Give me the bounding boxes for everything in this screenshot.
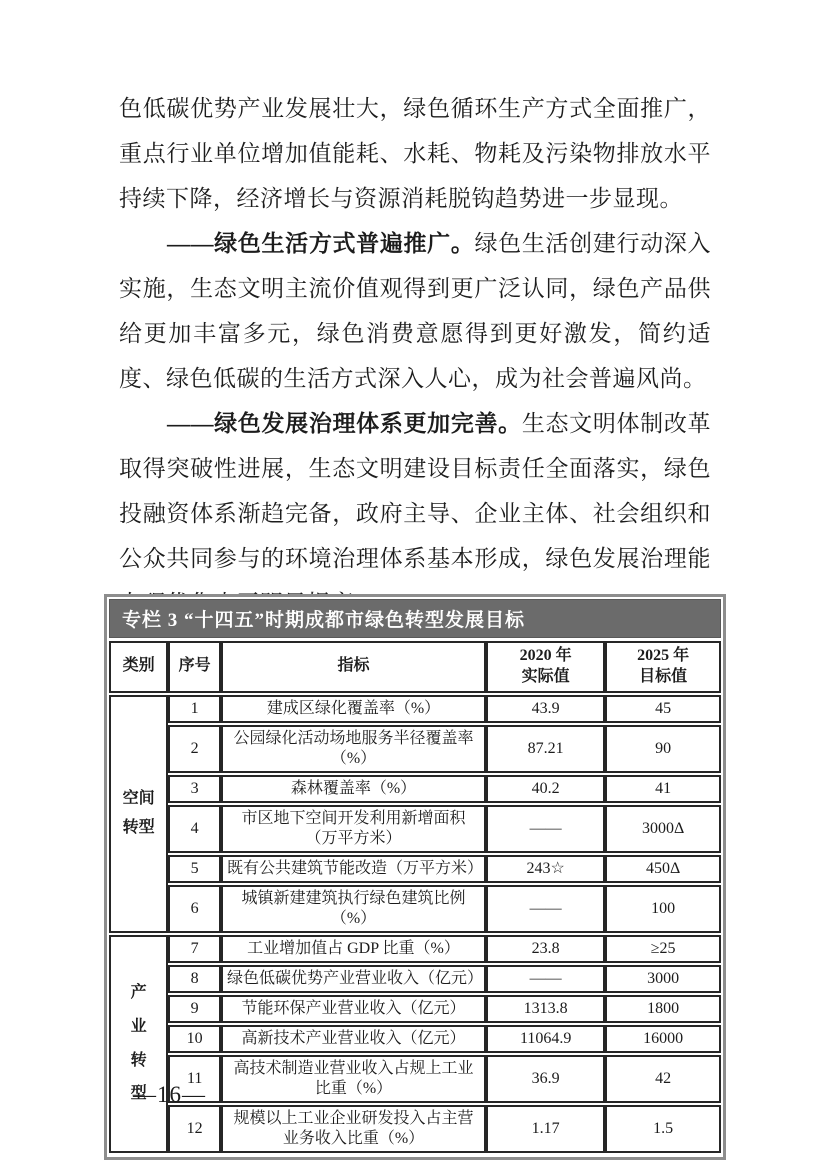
paragraph-text: 生态文明体制改革取得突破性进展，生态文明建设目标责任全面落实，绿色投融资体系渐趋…: [119, 411, 711, 616]
cell-2020-value: ——: [486, 885, 605, 933]
table-row: 3 森林覆盖率（%） 40.2 41: [109, 775, 721, 803]
table-row: 空间转型 1 建成区绿化覆盖率（%） 43.9 45: [109, 695, 721, 723]
cell-2020-value: 11064.9: [486, 1025, 605, 1053]
cell-indicator: 节能环保产业营业收入（亿元）: [221, 995, 486, 1023]
paragraph-lead: ——绿色生活方式普遍推广。: [167, 231, 475, 256]
category-label: 空间转型: [119, 785, 157, 843]
col-header-2020: 2020 年实际值: [486, 641, 605, 693]
cell-index: 12: [168, 1105, 221, 1153]
col-header-2025: 2025 年目标值: [605, 641, 721, 693]
goals-table: 类别 序号 指标 2020 年实际值 2025 年目标值 空间转型 1 建成区绿…: [109, 639, 721, 1155]
table-row: 10 高新技术产业营业收入（亿元） 11064.9 16000: [109, 1025, 721, 1053]
col-header-2025-line1: 2025 年: [637, 647, 689, 664]
paragraph-green-governance: ——绿色发展治理体系更加完善。生态文明体制改革取得突破性进展，生态文明建设目标责…: [119, 401, 711, 626]
cell-index: 3: [168, 775, 221, 803]
col-header-2020-line1: 2020 年: [520, 647, 572, 664]
table-row: 8 绿色低碳优势产业营业收入（亿元） —— 3000: [109, 965, 721, 993]
cell-2020-value: ——: [486, 805, 605, 853]
table-header-row: 类别 序号 指标 2020 年实际值 2025 年目标值: [109, 641, 721, 693]
cell-2025-value: 90: [605, 725, 721, 773]
cell-2020-value: 36.9: [486, 1055, 605, 1103]
col-header-indicator: 指标: [221, 641, 486, 693]
cell-2025-value: 100: [605, 885, 721, 933]
panel-title: 专栏 3 “十四五”时期成都市绿色转型发展目标: [109, 599, 721, 638]
cell-index: 1: [168, 695, 221, 723]
cell-2025-value: 42: [605, 1055, 721, 1103]
cell-indicator: 公园绿化活动场地服务半径覆盖率（%）: [221, 725, 486, 773]
cell-index: 7: [168, 935, 221, 963]
cell-2020-value: 243☆: [486, 855, 605, 883]
table-row: 产业转型 7 工业增加值占 GDP 比重（%） 23.8 ≥25: [109, 935, 721, 963]
page-number: —16—: [133, 1082, 206, 1108]
cell-2025-value: 1.5: [605, 1105, 721, 1153]
cell-index: 10: [168, 1025, 221, 1053]
cell-indicator: 城镇新建建筑执行绿色建筑比例（%）: [221, 885, 486, 933]
col-header-index: 序号: [168, 641, 221, 693]
col-header-2025-line2: 目标值: [639, 668, 687, 685]
table-row: 6 城镇新建建筑执行绿色建筑比例（%） —— 100: [109, 885, 721, 933]
col-header-2020-line2: 实际值: [522, 668, 570, 685]
category-cell-industry: 产业转型: [109, 935, 168, 1153]
document-page: 色低碳优势产业发展壮大，绿色循环生产方式全面推广，重点行业单位增加值能耗、水耗、…: [0, 0, 827, 1170]
cell-2025-value: 3000: [605, 965, 721, 993]
cell-index: 6: [168, 885, 221, 933]
cell-2020-value: 43.9: [486, 695, 605, 723]
table-row: 12 规模以上工业企业研发投入占主营业务收入比重（%） 1.17 1.5: [109, 1105, 721, 1153]
table-row: 4 市区地下空间开发利用新增面积（万平方米） —— 3000Δ: [109, 805, 721, 853]
cell-2025-value: 16000: [605, 1025, 721, 1053]
category-cell-space: 空间转型: [109, 695, 168, 933]
paragraph-text: 色低碳优势产业发展壮大，绿色循环生产方式全面推广，重点行业单位增加值能耗、水耗、…: [119, 96, 711, 211]
cell-index: 2: [168, 725, 221, 773]
cell-index: 8: [168, 965, 221, 993]
paragraph-lead: ——绿色发展治理体系更加完善。: [167, 411, 522, 436]
cell-indicator: 既有公共建筑节能改造（万平方米）: [221, 855, 486, 883]
table-row: 5 既有公共建筑节能改造（万平方米） 243☆ 450Δ: [109, 855, 721, 883]
cell-indicator: 建成区绿化覆盖率（%）: [221, 695, 486, 723]
col-header-category: 类别: [109, 641, 168, 693]
cell-2020-value: 1.17: [486, 1105, 605, 1153]
cell-indicator: 高技术制造业营业收入占规上工业比重（%）: [221, 1055, 486, 1103]
cell-2025-value: ≥25: [605, 935, 721, 963]
table-row: 2 公园绿化活动场地服务半径覆盖率（%） 87.21 90: [109, 725, 721, 773]
cell-2020-value: ——: [486, 965, 605, 993]
cell-indicator: 高新技术产业营业收入（亿元）: [221, 1025, 486, 1053]
cell-indicator: 市区地下空间开发利用新增面积（万平方米）: [221, 805, 486, 853]
table-row: 9 节能环保产业营业收入（亿元） 1313.8 1800: [109, 995, 721, 1023]
cell-2025-value: 45: [605, 695, 721, 723]
cell-2020-value: 40.2: [486, 775, 605, 803]
cell-2025-value: 3000Δ: [605, 805, 721, 853]
cell-index: 4: [168, 805, 221, 853]
cell-2025-value: 450Δ: [605, 855, 721, 883]
column-box-3-panel: 专栏 3 “十四五”时期成都市绿色转型发展目标 类别 序号 指标 2020 年实…: [104, 594, 726, 1160]
cell-2020-value: 1313.8: [486, 995, 605, 1023]
paragraph-green-production: 色低碳优势产业发展壮大，绿色循环生产方式全面推广，重点行业单位增加值能耗、水耗、…: [119, 86, 711, 221]
cell-indicator: 绿色低碳优势产业营业收入（亿元）: [221, 965, 486, 993]
cell-2025-value: 1800: [605, 995, 721, 1023]
cell-indicator: 规模以上工业企业研发投入占主营业务收入比重（%）: [221, 1105, 486, 1153]
cell-2020-value: 87.21: [486, 725, 605, 773]
cell-indicator: 工业增加值占 GDP 比重（%）: [221, 935, 486, 963]
cell-indicator: 森林覆盖率（%）: [221, 775, 486, 803]
paragraph-green-lifestyle: ——绿色生活方式普遍推广。绿色生活创建行动深入实施，生态文明主流价值观得到更广泛…: [119, 221, 711, 401]
cell-index: 5: [168, 855, 221, 883]
cell-2020-value: 23.8: [486, 935, 605, 963]
cell-index: 9: [168, 995, 221, 1023]
body-text-block: 色低碳优势产业发展壮大，绿色循环生产方式全面推广，重点行业单位增加值能耗、水耗、…: [119, 86, 711, 626]
cell-2025-value: 41: [605, 775, 721, 803]
